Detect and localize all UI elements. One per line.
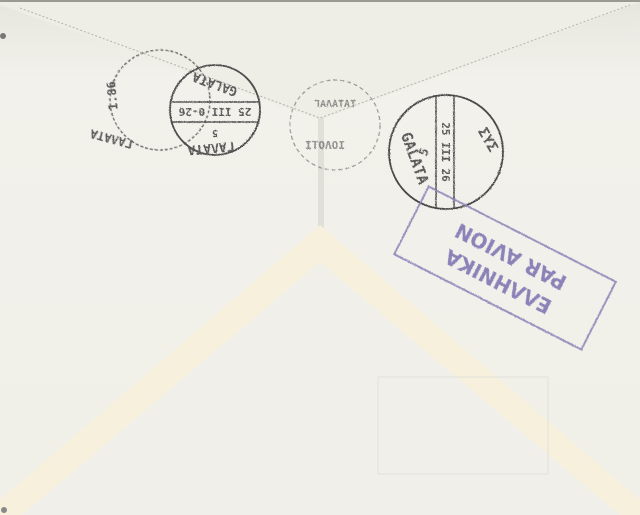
envelope-photo: 1.86 ΓΑΛΑΤΑ 25 III 0-26 GALATA 5 ΓΑΛΑΤΑ … [0, 0, 640, 515]
envelope-drawing: 1.86 ΓΑΛΑΤΑ 25 III 0-26 GALATA 5 ΓΑΛΑΤΑ … [0, 0, 640, 515]
